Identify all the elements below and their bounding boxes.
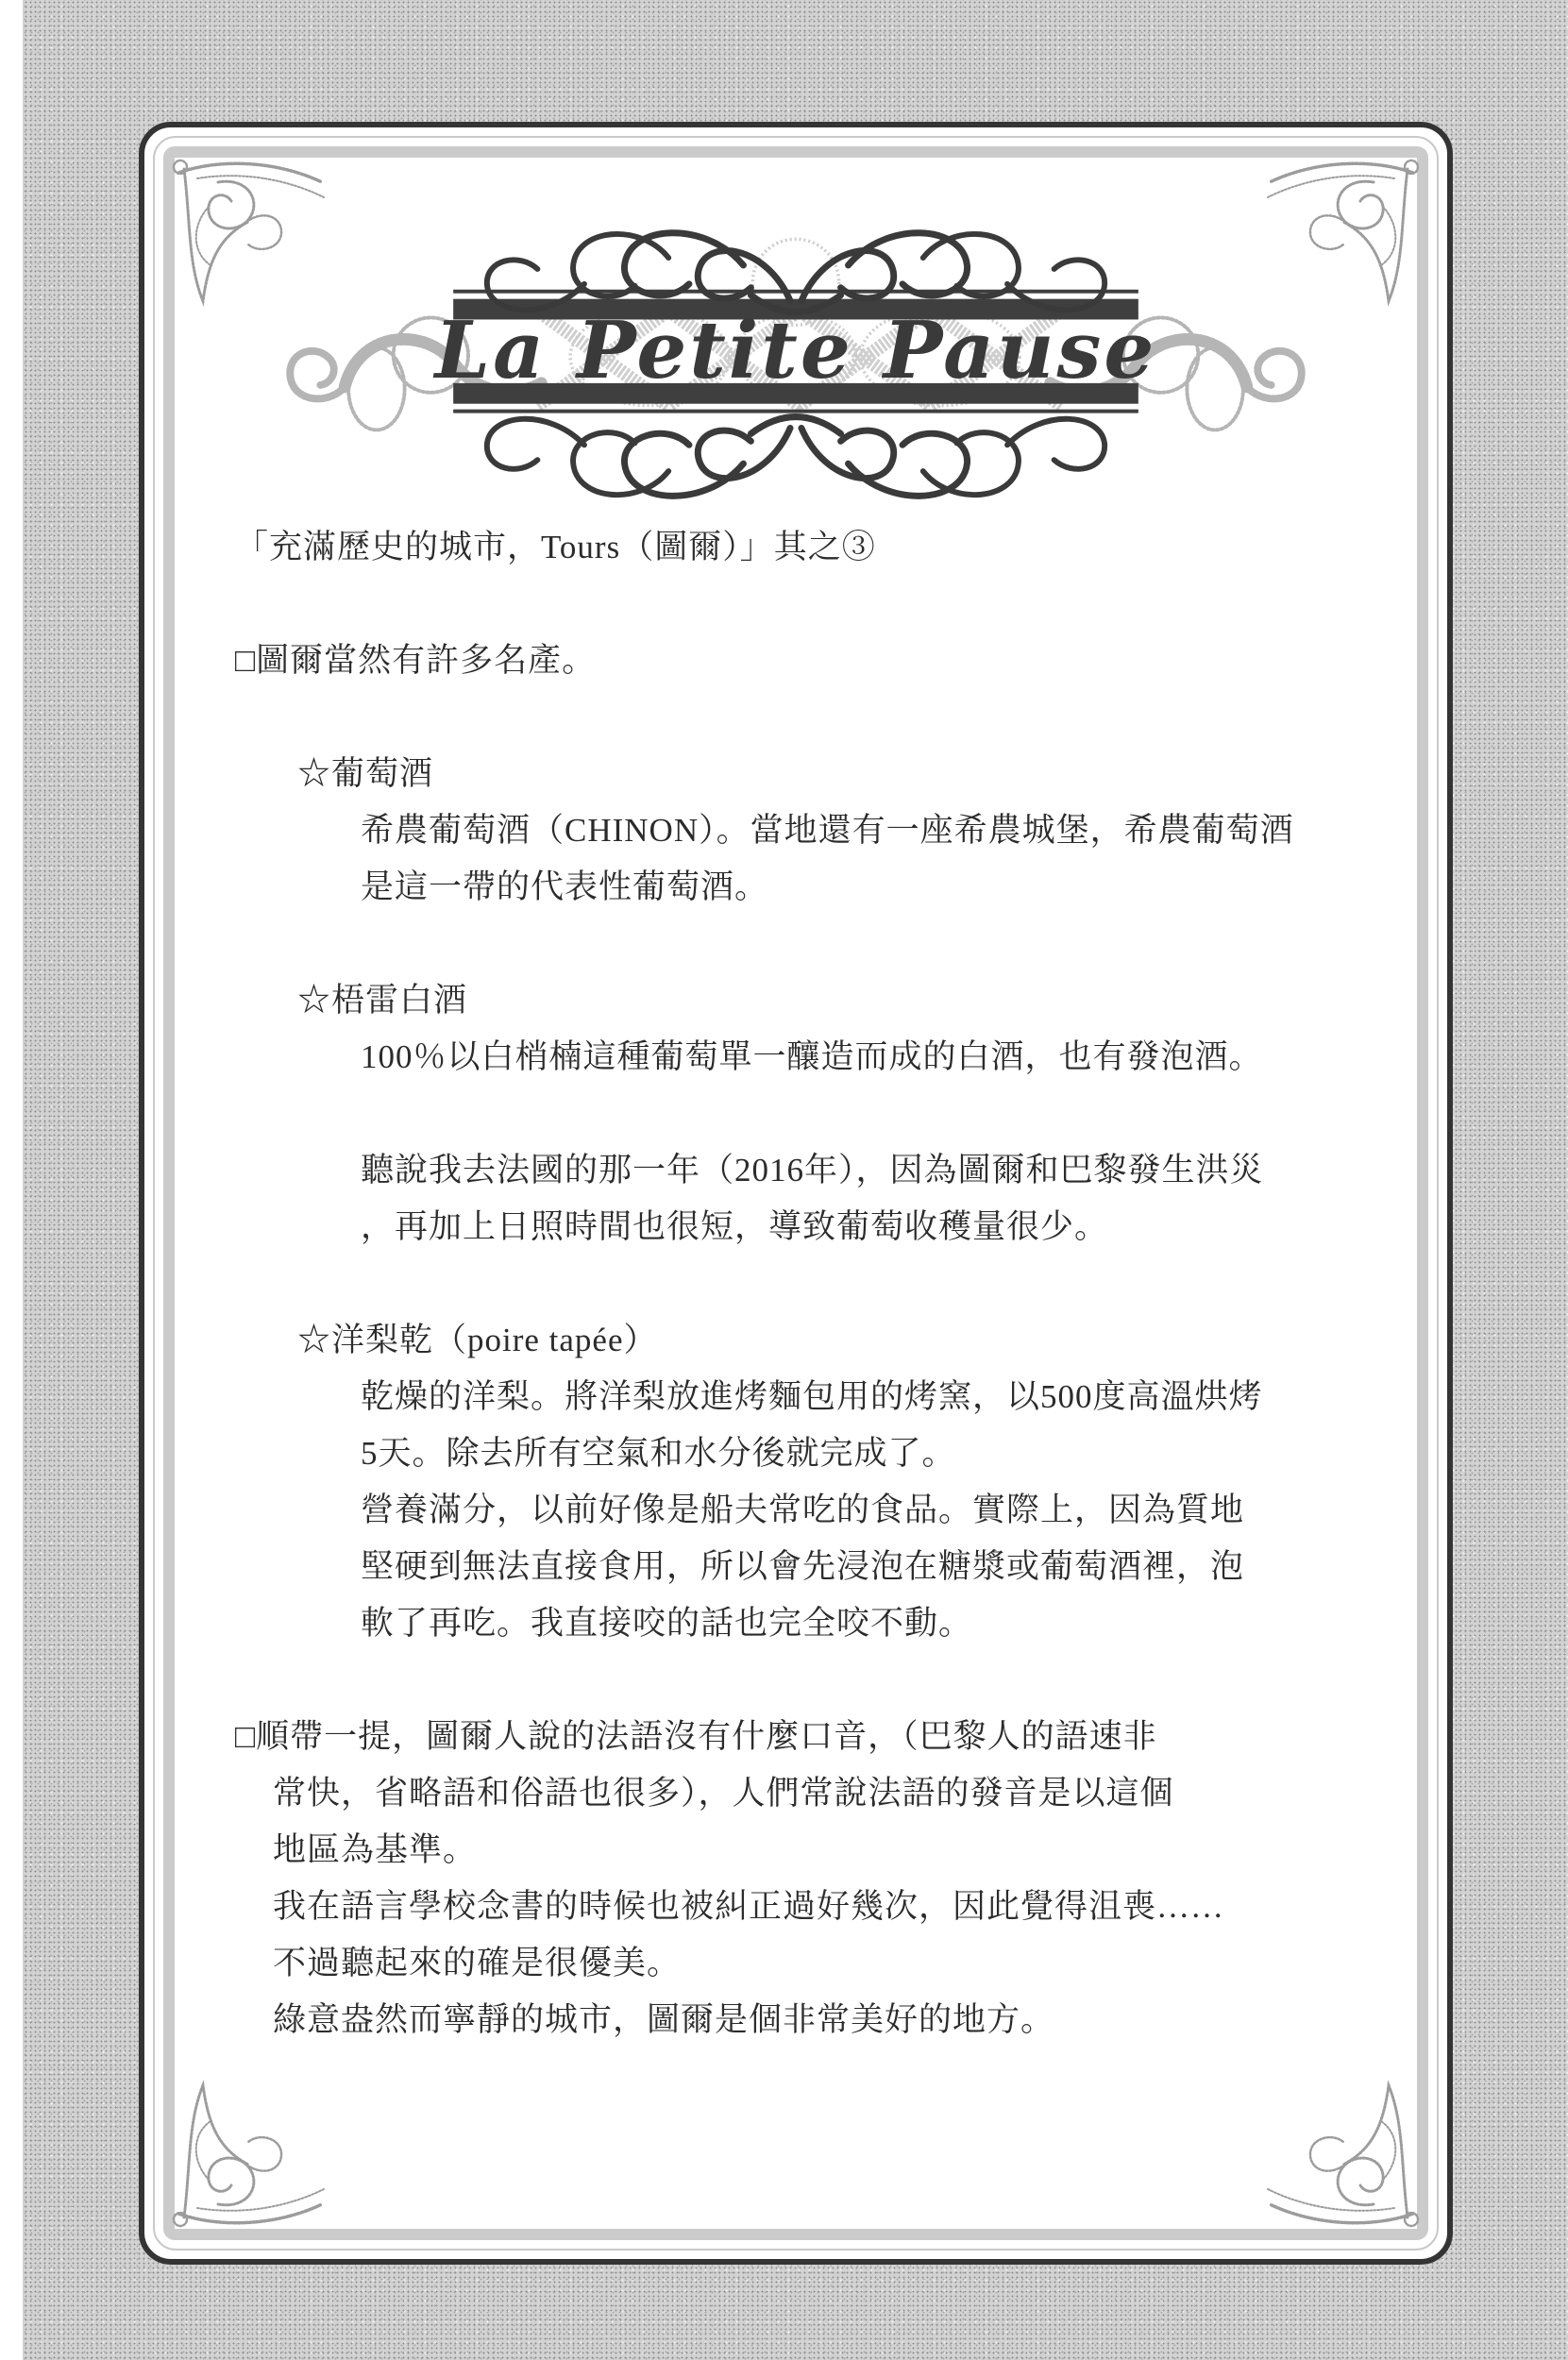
banner-right-scroll (1051, 317, 1302, 430)
banner-bars (453, 290, 1138, 413)
text-line: 常快，省略語和俗語也很多），人們常說法語的發音是以這個 (235, 1765, 1415, 1822)
text-line: 乾燥的洋梨。將洋梨放進烤麵包用的烤窯，以500度高溫烘烤 (235, 1369, 1415, 1425)
scan-background: { "banner": { "title": "La Petite Pause"… (0, 0, 1568, 2360)
banner-bottom-flourish (487, 417, 1104, 497)
banner-title: La Petite Pause (433, 304, 1157, 396)
page-content: 「充滿歷史的城市，Tours（圖爾）」其之③ □圖爾當然有許多名產。☆葡萄酒希農… (235, 519, 1415, 2048)
corner-ornament-icon (165, 148, 335, 318)
text-line: 綠意盎然而寧靜的城市，圖爾是個非常美好的地方。 (235, 1992, 1415, 2048)
text-line: 100％以白梢楠這種葡萄單一釀造而成的白酒，也有發泡酒。 (235, 1029, 1415, 1086)
text-line: □圖爾當然有許多名產。 (235, 632, 1415, 689)
corner-ornament-icon (1256, 148, 1426, 318)
banner-left-scroll (290, 317, 541, 430)
text-line: ☆梧雷白酒 (235, 972, 1415, 1029)
corner-ornament-icon (165, 2068, 335, 2238)
banner-lattice (537, 311, 1061, 406)
text-line: 不過聽起來的確是很優美。 (235, 1935, 1415, 1992)
banner-halo-circles (570, 239, 1020, 405)
title-banner: La Petite Pause (144, 215, 1447, 527)
text-line: ，再加上日照時間也很短，導致葡萄收穫量很少。 (235, 1199, 1415, 1256)
text-line: 軟了再吃。我直接咬的話也完全咬不動。 (235, 1595, 1415, 1652)
text-line: 堅硬到無法直接食用，所以會先浸泡在糖漿或葡萄酒裡，泡 (235, 1539, 1415, 1595)
corner-ornament-icon (1256, 2068, 1426, 2238)
body-text: □圖爾當然有許多名產。☆葡萄酒希農葡萄酒（CHINON）。當地還有一座希農城堡，… (235, 632, 1415, 2048)
banner-top-flourish (487, 233, 1104, 312)
text-line: 是這一帶的代表性葡萄酒。 (235, 859, 1415, 916)
scan-edge-strip (0, 0, 23, 2360)
text-line: ☆洋梨乾（poire tapée） (235, 1312, 1415, 1369)
text-line: □順帶一提，圖爾人說的法語沒有什麼口音，（巴黎人的語速非 (235, 1709, 1415, 1765)
text-line: 聽說我去法國的那一年（2016年），因為圖爾和巴黎發生洪災 (235, 1142, 1415, 1199)
text-line: 營養滿分，以前好像是船夫常吃的食品。實際上，因為質地 (235, 1482, 1415, 1539)
page-heading: 「充滿歷史的城市，Tours（圖爾）」其之③ (235, 519, 1415, 576)
text-line: 5天。除去所有空氣和水分後就完成了。 (235, 1425, 1415, 1482)
text-line: 我在語言學校念書的時候也被糾正過好幾次，因此覺得沮喪…… (235, 1879, 1415, 1935)
text-line: 希農葡萄酒（CHINON）。當地還有一座希農城堡，希農葡萄酒 (235, 802, 1415, 859)
text-line: ☆葡萄酒 (235, 746, 1415, 802)
text-line: 地區為基準。 (235, 1822, 1415, 1879)
page: La Petite Pause 「充滿歷史的城市，Tours（圖爾）」其之③ □… (139, 122, 1453, 2265)
